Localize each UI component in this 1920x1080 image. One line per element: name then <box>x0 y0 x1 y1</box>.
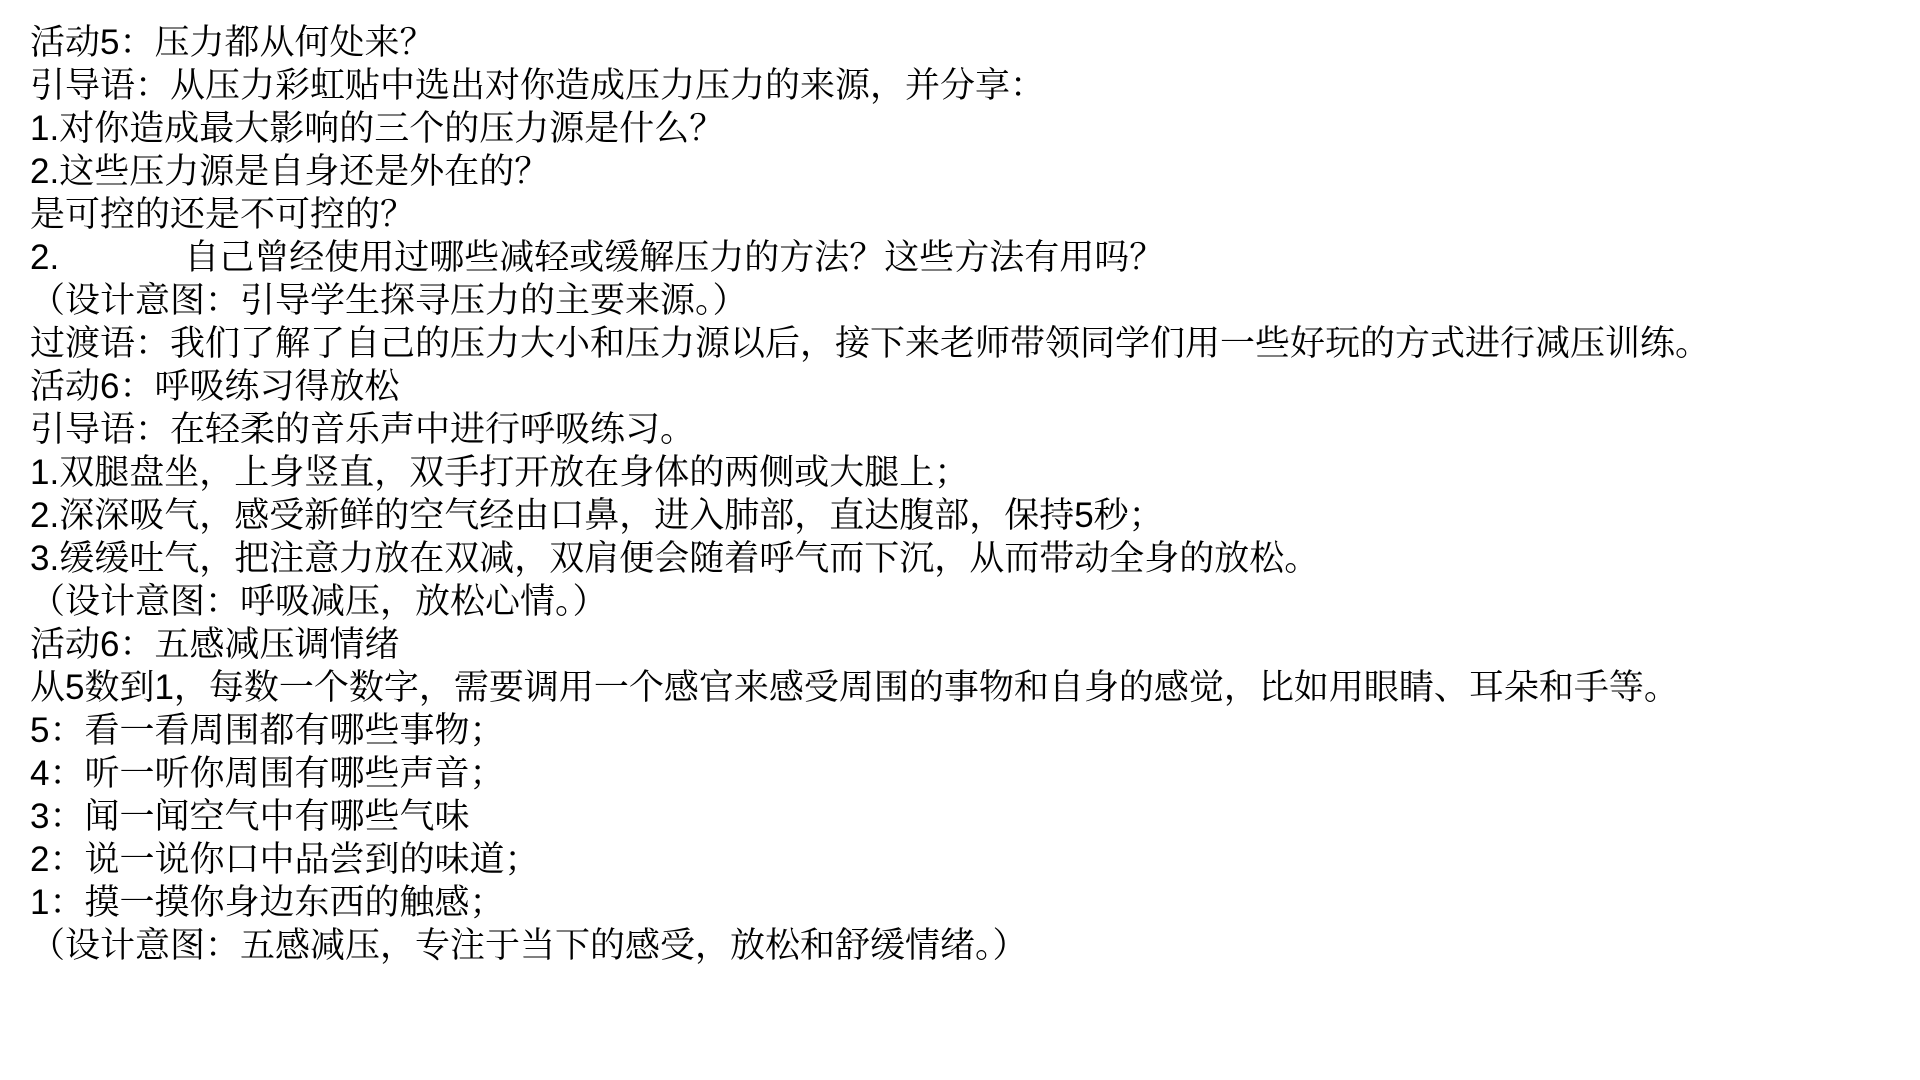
activity5-question-3: 2.自己曾经使用过哪些减轻或缓解压力的方法？这些方法有用吗？ <box>30 236 1892 279</box>
transition-line: 过渡语：我们了解了自己的压力大小和压力源以后，接下来老师带领同学们用一些好玩的方… <box>30 322 1892 365</box>
activity5-question-2: 2.这些压力源是自身还是外在的？ <box>30 150 1892 193</box>
sense-step-4: 4：听一听你周围有哪些声音； <box>30 752 1892 795</box>
breathing-step-1: 1.双腿盘坐，上身竖直，双手打开放在身体的两侧或大腿上； <box>30 451 1892 494</box>
activity6-senses-design-note: （设计意图：五感减压，专注于当下的感受，放松和舒缓情绪。） <box>30 924 1892 967</box>
breathing-step-3: 3.缓缓吐气，把注意力放在双减，双肩便会随着呼气而下沉，从而带动全身的放松。 <box>30 537 1892 580</box>
sense-step-1: 1：摸一摸你身边东西的触感； <box>30 881 1892 924</box>
activity6-senses-intro: 从5数到1，每数一个数字，需要调用一个感官来感受周围的事物和自身的感觉，比如用眼… <box>30 666 1892 709</box>
activity5-question-2-continued: 是可控的还是不可控的？ <box>30 193 1892 236</box>
tab-spacer <box>59 268 184 269</box>
activity6-breathing-title: 活动6：呼吸练习得放松 <box>30 365 1892 408</box>
question-3-marker: 2. <box>30 238 59 277</box>
activity5-question-1: 1.对你造成最大影响的三个的压力源是什么？ <box>30 107 1892 150</box>
document-page: 活动5：压力都从何处来？ 引导语：从压力彩虹贴中选出对你造成压力压力的来源，并分… <box>0 0 1920 1080</box>
activity6-senses-title: 活动6：五感减压调情绪 <box>30 623 1892 666</box>
activity6-breathing-design-note: （设计意图：呼吸减压，放松心情。） <box>30 580 1892 623</box>
sense-step-2: 2：说一说你口中品尝到的味道； <box>30 838 1892 881</box>
question-3-text: 自己曾经使用过哪些减轻或缓解压力的方法？这些方法有用吗？ <box>184 238 1164 277</box>
activity5-design-note: （设计意图：引导学生探寻压力的主要来源。） <box>30 279 1892 322</box>
activity6-breathing-guide: 引导语：在轻柔的音乐声中进行呼吸练习。 <box>30 408 1892 451</box>
breathing-step-2: 2.深深吸气，感受新鲜的空气经由口鼻，进入肺部，直达腹部，保持5秒； <box>30 494 1892 537</box>
activity5-title: 活动5：压力都从何处来？ <box>30 21 1892 64</box>
sense-step-5: 5：看一看周围都有哪些事物； <box>30 709 1892 752</box>
sense-step-3: 3：闻一闻空气中有哪些气味 <box>30 795 1892 838</box>
activity5-guide: 引导语：从压力彩虹贴中选出对你造成压力压力的来源，并分享： <box>30 64 1892 107</box>
